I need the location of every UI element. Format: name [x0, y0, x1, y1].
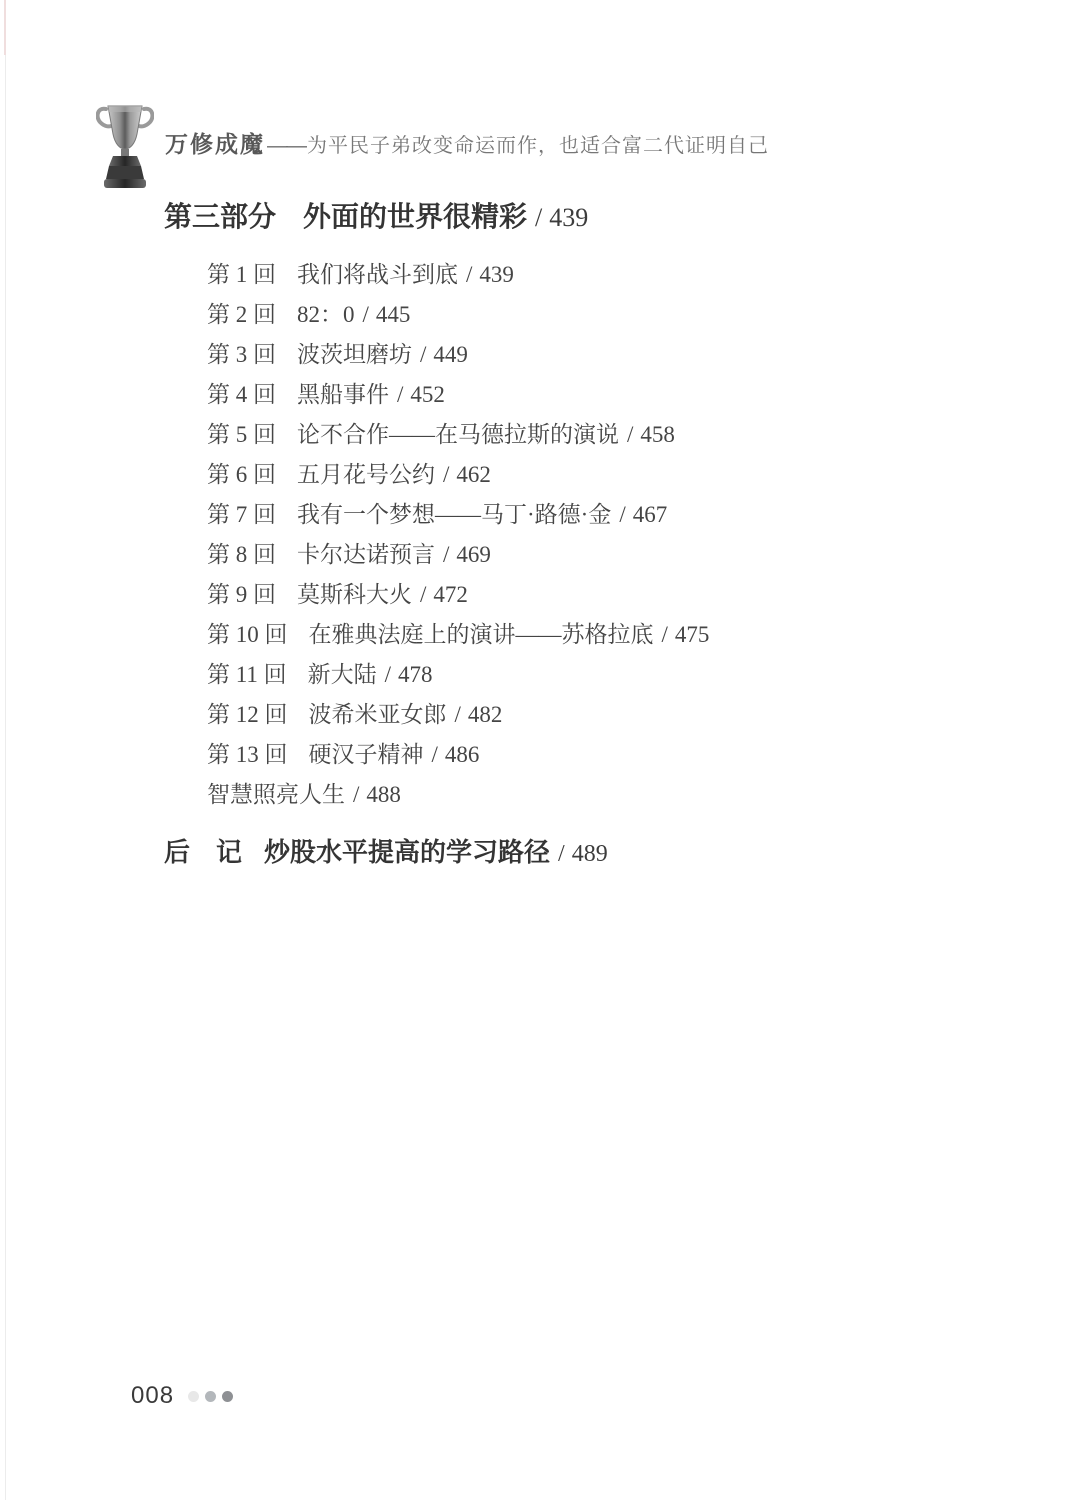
page-separator: / — [353, 782, 359, 807]
page-separator: / — [397, 382, 403, 407]
progress-dot — [188, 1391, 199, 1402]
chapter-page-number: 478 — [398, 662, 433, 687]
chapter-page-number: 467 — [633, 502, 668, 527]
section-title-text: 外面的世界很精彩 — [303, 201, 527, 232]
chapter-number: 第 4 回 — [207, 382, 276, 407]
chapter-page-number: 472 — [433, 582, 468, 607]
chapter-page-number: 475 — [675, 622, 710, 647]
running-header: 万修成魔——为平民子弟改变命运而作，也适合富二代证明自己 — [165, 128, 769, 164]
scan-edge-line — [5, 0, 6, 1500]
scan-edge-tint — [4, 0, 6, 55]
page-separator: / — [443, 462, 449, 487]
chapter-number: 第 13 回 — [207, 742, 288, 767]
chapter-title: 新大陆 — [308, 662, 377, 687]
afterword-title: 炒股水平提高的学习路径 — [264, 837, 550, 867]
chapter-title: 波希米亚女郎 — [309, 702, 447, 727]
toc-entry: 第 2 回82：0/445 — [207, 295, 709, 335]
progress-dot — [222, 1391, 233, 1402]
book-title: 万修成魔 — [165, 131, 265, 157]
toc-entry: 智慧照亮人生/488 — [207, 775, 709, 815]
chapter-page-number: 445 — [376, 302, 411, 327]
chapter-title: 82：0 — [297, 302, 355, 327]
toc-entry: 第 4 回黑船事件/452 — [207, 375, 709, 415]
chapter-number: 第 3 回 — [207, 342, 276, 367]
toc-chapter-list: 第 1 回我们将战斗到底/439第 2 回82：0/445第 3 回波茨坦磨坊/… — [207, 255, 709, 815]
chapter-title: 智慧照亮人生 — [207, 782, 345, 807]
page-separator: / — [420, 342, 426, 367]
chapter-title: 论不合作——在马德拉斯的演说 — [297, 422, 619, 447]
page-separator: / — [385, 662, 391, 687]
chapter-page-number: 486 — [445, 742, 480, 767]
toc-entry: 第 5 回论不合作——在马德拉斯的演说/458 — [207, 415, 709, 455]
page-separator: / — [432, 742, 438, 767]
chapter-number: 第 6 回 — [207, 462, 276, 487]
chapter-title: 硬汉子精神 — [309, 742, 424, 767]
progress-dot — [205, 1391, 216, 1402]
toc-entry: 第 1 回我们将战斗到底/439 — [207, 255, 709, 295]
book-toc-page: 万修成魔——为平民子弟改变命运而作，也适合富二代证明自己 第三部分外面的世界很精… — [0, 0, 1080, 1500]
page-separator: / — [420, 582, 426, 607]
chapter-title: 黑船事件 — [297, 382, 389, 407]
chapter-number: 第 9 回 — [207, 582, 276, 607]
header-dash: —— — [267, 134, 305, 157]
page-separator: / — [363, 302, 369, 327]
chapter-title: 五月花号公约 — [297, 462, 435, 487]
page-separator: / — [443, 542, 449, 567]
toc-entry: 第 12 回波希米亚女郎/482 — [207, 695, 709, 735]
chapter-number: 第 7 回 — [207, 502, 276, 527]
trophy-icon — [96, 104, 154, 194]
toc-entry: 第 7 回我有一个梦想——马丁·路德·金/467 — [207, 495, 709, 535]
page-separator: / — [455, 702, 461, 727]
section-heading: 第三部分外面的世界很精彩/439 — [164, 199, 588, 236]
chapter-page-number: 452 — [410, 382, 445, 407]
toc-entry: 第 3 回波茨坦磨坊/449 — [207, 335, 709, 375]
chapter-number: 第 8 回 — [207, 542, 276, 567]
chapter-title: 莫斯科大火 — [297, 582, 412, 607]
chapter-page-number: 458 — [640, 422, 675, 447]
chapter-number: 第 12 回 — [207, 702, 288, 727]
chapter-number: 第 2 回 — [207, 302, 276, 327]
chapter-title: 我们将战斗到底 — [297, 262, 458, 287]
chapter-number: 第 10 回 — [207, 622, 288, 647]
chapter-title: 卡尔达诺预言 — [297, 542, 435, 567]
chapter-page-number: 482 — [468, 702, 503, 727]
chapter-page-number: 439 — [479, 262, 514, 287]
toc-entry: 第 9 回莫斯科大火/472 — [207, 575, 709, 615]
chapter-number: 第 11 回 — [207, 662, 287, 687]
chapter-title: 在雅典法庭上的演讲——苏格拉底 — [309, 622, 654, 647]
chapter-number: 第 5 回 — [207, 422, 276, 447]
page-separator: / — [558, 841, 565, 867]
chapter-page-number: 488 — [366, 782, 401, 807]
chapter-title: 波茨坦磨坊 — [297, 342, 412, 367]
chapter-title: 我有一个梦想——马丁·路德·金 — [297, 502, 611, 527]
afterword-label: 后 记 — [164, 837, 242, 867]
section-label: 第三部分 — [164, 201, 276, 232]
book-tagline: 为平民子弟改变命运而作，也适合富二代证明自己 — [307, 135, 769, 157]
page-footer: 008 — [131, 1382, 239, 1410]
page-separator: / — [627, 422, 633, 447]
page-separator: / — [619, 502, 625, 527]
chapter-page-number: 462 — [456, 462, 491, 487]
afterword-page-number: 489 — [572, 841, 608, 867]
page-separator: / — [662, 622, 668, 647]
progress-dots — [188, 1391, 239, 1402]
chapter-page-number: 449 — [433, 342, 468, 367]
toc-entry: 第 6 回五月花号公约/462 — [207, 455, 709, 495]
page-separator: / — [466, 262, 472, 287]
afterword-entry: 后 记炒股水平提高的学习路径/489 — [164, 835, 608, 871]
toc-entry: 第 13 回硬汉子精神/486 — [207, 735, 709, 775]
toc-entry: 第 8 回卡尔达诺预言/469 — [207, 535, 709, 575]
page-separator: / — [535, 203, 542, 232]
chapter-number: 第 1 回 — [207, 262, 276, 287]
toc-entry: 第 11 回新大陆/478 — [207, 655, 709, 695]
folio-page-number: 008 — [131, 1382, 174, 1410]
chapter-page-number: 469 — [456, 542, 491, 567]
toc-entry: 第 10 回在雅典法庭上的演讲——苏格拉底/475 — [207, 615, 709, 655]
section-page-number: 439 — [549, 203, 588, 232]
